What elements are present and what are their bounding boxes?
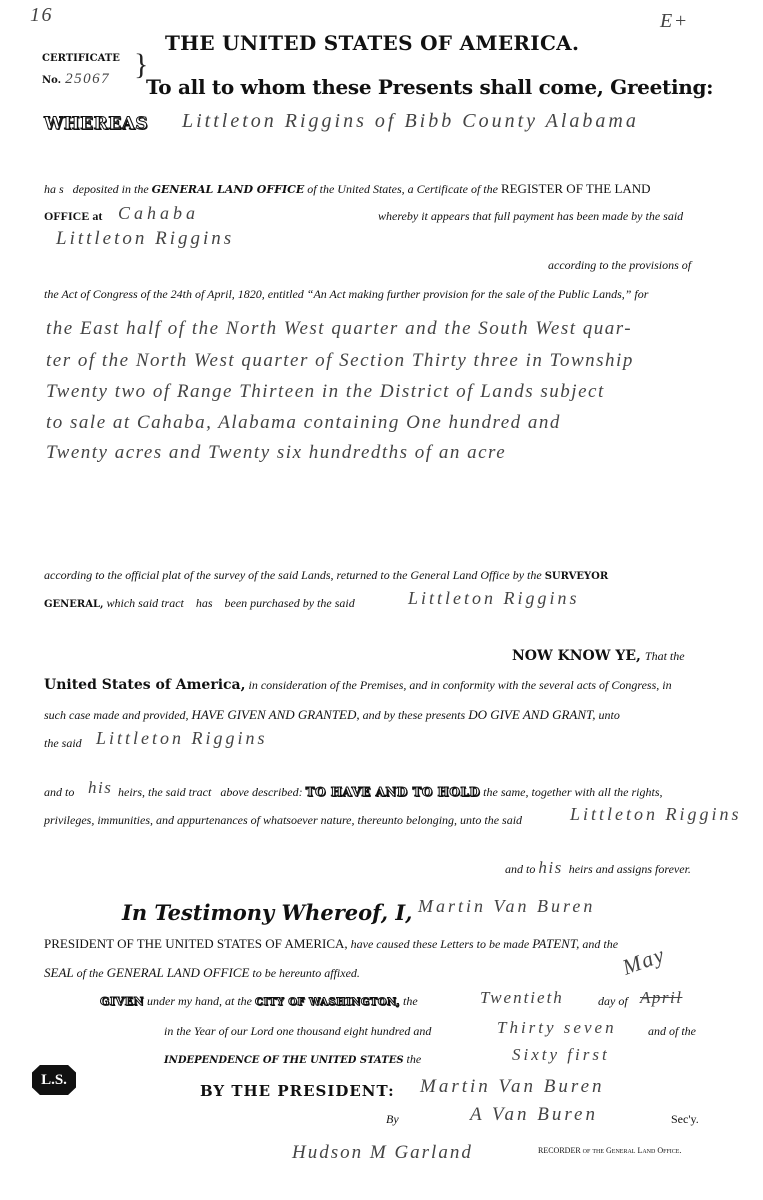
grantee-name-2: Littleton Riggins [408,588,580,609]
whereby-text: whereby it appears that full payment has… [378,209,683,224]
grantee-name-3: Littleton Riggins [96,728,268,749]
to-have-and-to-hold: TO HAVE AND TO HOLD [306,785,481,799]
recorder-signature: Hudson M Garland [292,1142,473,1164]
do-give-text: DO GIVE AND GRANT, [468,707,595,722]
provided-text: such case made and provided, [44,708,189,722]
seal-ls: L.S. [32,1065,76,1095]
president-name: Martin Van Buren [418,896,595,917]
deposit-text-2: of the United States, a Certificate of t… [307,182,498,196]
day-of-text: day of [598,994,628,1009]
deposit-line-1: ha s deposited in the GENERAL LAND OFFIC… [44,181,651,197]
greeting: To all to whom these Presents shall come… [146,75,713,99]
grantee-name-1: Littleton Riggins [56,228,234,250]
testimony-heading: In Testimony Whereof, I, [122,900,412,925]
land-description-line: Twenty two of Range Thirteen in the Dist… [46,381,605,403]
office-location: Cahaba [118,203,199,224]
month-correction: May [619,941,669,980]
survey-line-1: according to the official plat of the su… [44,568,608,583]
and-the-text: and the [582,937,618,951]
office-at-label: OFFICE at [44,209,102,224]
margin-note-page: 16 [30,4,53,27]
city-text: CITY OF WASHINGTON, [255,997,400,1008]
register-text: REGISTER OF THE LAND [501,181,651,196]
heirs-text: heirs, the said tract [118,785,211,799]
land-description-line: the East half of the North West quarter … [46,318,632,340]
president-signature: Martin Van Buren [420,1076,605,1098]
the-said-text: the said [44,736,82,751]
unto-text: unto [599,708,620,722]
heirs-forever-row: and to his heirs and assigns forever. [505,858,691,878]
surveyor-text: SURVEYOR [545,571,608,582]
general-text: GENERAL, [44,599,104,610]
testimony-line-2: SEAL of the GENERAL LAND OFFICE to be he… [44,965,360,981]
presents-text: and by these presents [363,708,466,722]
given-line: GIVEN under my hand, at the CITY OF WASH… [100,994,418,1009]
the-text: the [407,1052,422,1066]
patent-text: PATENT, [532,936,579,951]
according-text: according to the provisions of [548,258,691,273]
certificate-label: CERTIFICATE [42,53,120,64]
by-the-president-label: BY THE PRESIDENT: [200,1082,395,1100]
usa-text: United States of America, [44,677,246,693]
grant-line-1: United States of America, in considerati… [44,677,672,693]
above-text: above described: [220,785,302,799]
tract-text: which said tract [107,596,184,610]
purchased-text: been purchased by the said [225,596,355,610]
grant-line-2: such case made and provided, HAVE GIVEN … [44,707,620,723]
and-to-text: and to [505,862,535,876]
number-label: No. [42,75,61,86]
president-title: PRESIDENT OF THE UNITED STATES OF AMERIC… [44,936,348,951]
and-of-the-text: and of the [648,1024,696,1039]
have-given-text: HAVE GIVEN AND GRANTED, [192,707,360,722]
document-title: THE UNITED STATES OF AMERICA. [165,31,579,55]
under-hand-text: under my hand, at the [147,994,252,1008]
given-text: GIVEN [100,995,144,1008]
habendum-line: heirs, the said tract above described: T… [118,785,663,800]
grantee-full-name: Littleton Riggins of Bibb County Alabama [182,110,639,133]
the-text: the [403,994,418,1008]
privileges-text: privileges, immunities, and appurtenance… [44,813,522,828]
independence-year: Sixty first [512,1045,610,1065]
now-know-ye: NOW KNOW YE, [512,648,641,664]
recorder-title: RECORDER of the General Land Office. [538,1146,681,1155]
and-to-text: and to [44,785,74,800]
that-the-text: That the [645,649,685,663]
land-description-line: Twenty acres and Twenty six hundredths o… [46,442,506,464]
independence-line: INDEPENDENCE OF THE UNITED STATES the [164,1052,421,1067]
certificate-number: 25067 [65,71,110,87]
secretary-signature: A Van Buren [470,1104,598,1126]
consideration-text: in consideration of the Premises, and in… [249,678,672,692]
letters-text: have caused these Letters to be made [351,937,530,951]
certificate-number-row: No. 25067 [42,70,110,88]
by-text: By [386,1112,399,1127]
testimony-line-1: PRESIDENT OF THE UNITED STATES OF AMERIC… [44,936,618,952]
deposit-text: deposited in the [73,182,149,196]
has-text: ha s [44,182,64,196]
survey-text: according to the official plat of the su… [44,568,542,582]
month-struck: April [640,988,682,1008]
whereas-label: WHEREAS [44,114,148,134]
heirs-forever-text: heirs and assigns forever. [569,862,691,876]
independence-text: INDEPENDENCE OF THE UNITED STATES [164,1055,404,1066]
act-of-congress-text: the Act of Congress of the 24th of April… [44,287,648,302]
year-text: in the Year of our Lord one thousand eig… [164,1024,431,1039]
rights-text: the same, together with all the rights, [483,785,662,799]
his-text: his [88,778,112,798]
seal-text: SEAL [44,965,74,980]
his-text: his [538,858,562,877]
survey-line-2: GENERAL, which said tract has been purch… [44,596,355,611]
year-value: Thirty seven [497,1018,617,1038]
of-the-text: of the [77,966,104,980]
secy-text: Sec'y. [671,1112,699,1127]
has-text: has [196,596,213,610]
grantee-name-4: Littleton Riggins [570,804,742,825]
glo-text: GENERAL LAND OFFICE [107,965,250,980]
now-know-ye-row: NOW KNOW YE, That the [512,647,685,665]
glo-text: GENERAL LAND OFFICE [152,183,305,196]
land-description-line: ter of the North West quarter of Section… [46,350,634,372]
land-description-line: to sale at Cahaba, Alabama containing On… [46,412,561,434]
day-value: Twentieth [480,988,564,1008]
margin-note-code: E+ [660,10,689,33]
affixed-text: to be hereunto affixed. [252,966,360,980]
